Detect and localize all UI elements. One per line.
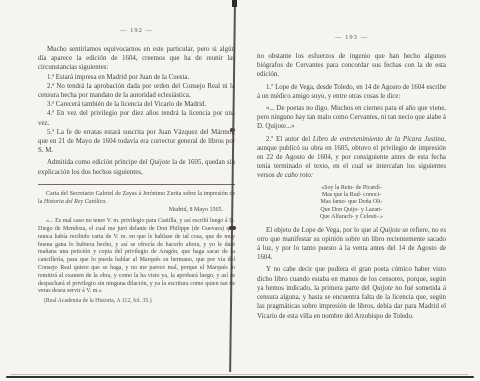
verse-line: «Soy la Rein- de Picardí-: [257, 185, 446, 192]
footnote-citation: (Real Academia de la Historia, A 112, fo…: [44, 298, 235, 306]
text-segment: Admitida como edición príncipe del: [47, 159, 150, 166]
verse-block: «Soy la Rein- de Picardí- Mas que la Rud…: [257, 185, 446, 222]
footnote-dateline: Madrid, 8 Mayo 1565.: [38, 207, 223, 215]
footnote-heading: Carta del Secretario Gabriel de Zayas á …: [38, 191, 235, 207]
body-paragraph: no obstante los esfuerzos de ingenio que…: [257, 52, 446, 80]
italic-title: Quijote: [372, 285, 393, 292]
italic-title: Libro de entretenimiento de la Pícara Ju…: [313, 136, 444, 143]
quote-paragraph: «... De poetas no digo. Muchos en cierne…: [257, 104, 446, 132]
numbered-item-2: 2.ª No tendrá la aprobación dada por ord…: [38, 82, 235, 100]
scanned-book-spread: — 192 — Mucho sentiríamos equivocarnos e…: [0, 0, 480, 381]
verse-line: Que Alfarach- y Celesti-.»: [257, 214, 446, 221]
footnote-rule: [38, 184, 235, 185]
right-page: — 193 — no obstante los esfuerzos de ing…: [257, 34, 446, 321]
body-paragraph: Y no cabe decir que pudiera el gran poet…: [257, 265, 446, 320]
text-segment: El objeto de Lope de Vega, por lo que al: [266, 227, 380, 234]
numbered-item-1: 1.ª Estará impresa en Madrid por Juan de…: [38, 73, 235, 82]
spine-ink-mark: [230, 128, 235, 132]
numbered-item-2: 2.º El autor del Libro de entretenimient…: [257, 135, 446, 181]
numbered-item-3: 3.ª Carecerá también de la licencia del …: [38, 100, 235, 109]
numbered-item-5: 5.ª La fe de erratas estará suscrita por…: [38, 128, 235, 156]
numbered-item-4: 4.ª En vez del privilegio por diez años …: [38, 109, 235, 127]
footnote-body: «... Es mal caso no tener V. m. privileg…: [38, 218, 235, 296]
page-number-right: — 193 —: [257, 34, 446, 41]
italic-title: Quijote: [150, 159, 171, 166]
italic-title: Historia del Rey Católico.: [44, 199, 107, 205]
italic-title: Quijote: [380, 227, 401, 234]
page-number-left: — 192 —: [38, 27, 235, 34]
body-paragraph: El objeto de Lope de Vega, por lo que al…: [257, 226, 446, 263]
book-edge-shadow: [6, 376, 474, 378]
italic-phrase: de cabo roto:: [276, 172, 313, 179]
spine-ink-mark: [229, 226, 236, 230]
verse-line: Mas famo- que Doña Oli-: [257, 199, 446, 206]
left-page: — 192 — Mucho sentiríamos equivocarnos e…: [38, 27, 235, 306]
spine-ink-mark: [232, 0, 237, 7]
text-segment: 2.º El autor del: [266, 136, 313, 143]
body-paragraph: Admitida como edición príncipe del Quijo…: [38, 158, 235, 176]
body-paragraph: Mucho sentiríamos equivocarnos en este p…: [38, 45, 235, 73]
page-bottom-shadow: [10, 374, 468, 375]
numbered-item-1: 1.º Lope de Vega, desde Toledo, en 14 de…: [257, 83, 446, 101]
